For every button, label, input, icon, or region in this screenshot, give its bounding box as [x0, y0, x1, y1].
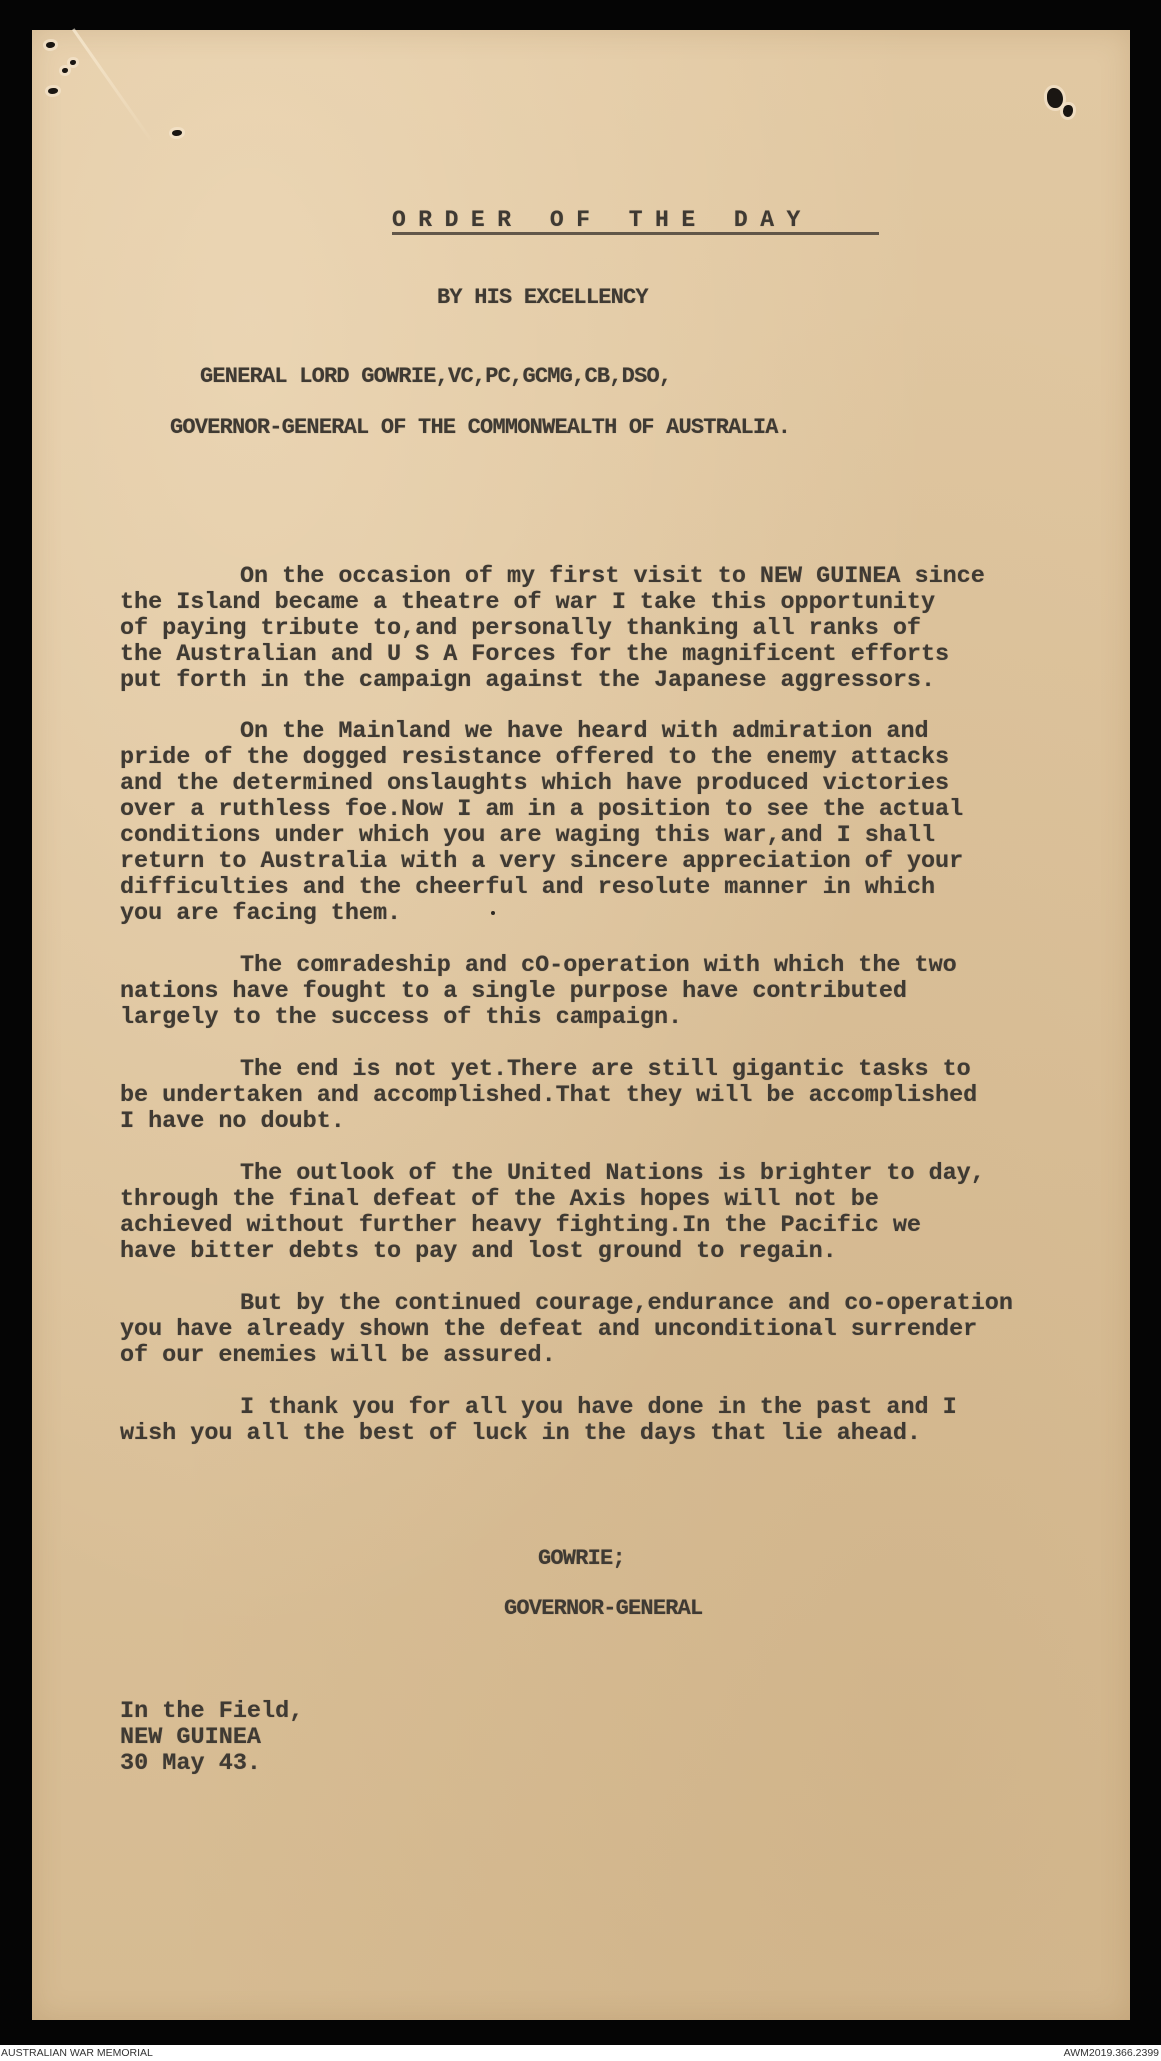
- paragraph-line: the Island became a theatre of war I tak…: [120, 590, 1100, 616]
- paragraph-line: of our enemies will be assured.: [120, 1343, 1100, 1369]
- paragraph-line: I have no doubt.: [120, 1109, 1100, 1135]
- paragraph-3: The comradeship and cO-operation with wh…: [120, 953, 1100, 1031]
- paragraph-line: of paying tribute to,and personally than…: [120, 616, 1100, 642]
- paragraph-line: conditions under which you are waging th…: [120, 823, 1100, 849]
- paragraph-line: return to Australia with a very sincere …: [120, 849, 1100, 875]
- place-date-block: In the Field, NEW GUINEA 30 May 43.: [120, 1699, 303, 1777]
- paragraph-line: over a ruthless foe.Now I am in a positi…: [120, 797, 1100, 823]
- paper-damage-hole: [172, 130, 182, 136]
- paragraph-5: The outlook of the United Nations is bri…: [120, 1161, 1100, 1265]
- paragraph-line: On the occasion of my first visit to NEW…: [120, 564, 1100, 590]
- paper-damage-hole: [1063, 105, 1073, 117]
- ink-dot: [491, 911, 495, 915]
- paragraph-line: put forth in the campaign against the Ja…: [120, 668, 1100, 694]
- paragraph-line: you are facing them.: [120, 901, 1100, 927]
- document-subtitle: BY HIS EXCELLENCY: [437, 285, 648, 311]
- author-line: GENERAL LORD GOWRIE,VC,PC,GCMG,CB,DSO,: [200, 364, 671, 390]
- place-line: In the Field,: [120, 1699, 303, 1725]
- paragraph-line: have bitter debts to pay and lost ground…: [120, 1239, 1100, 1265]
- paragraph-1: On the occasion of my first visit to NEW…: [120, 564, 1100, 694]
- paragraph-line: and the determined onslaughts which have…: [120, 771, 1100, 797]
- paragraph-line: be undertaken and accomplished.That they…: [120, 1083, 1100, 1109]
- paragraph-7: I thank you for all you have done in the…: [120, 1395, 1100, 1447]
- date-line: 30 May 43.: [120, 1751, 303, 1777]
- paragraph-line: the Australian and U S A Forces for the …: [120, 642, 1100, 668]
- accession-number: AWM2019.366.2399: [1064, 2047, 1159, 2059]
- paper-crease: [72, 28, 155, 144]
- caption-bar: AUSTRALIAN WAR MEMORIAL AWM2019.366.2399: [0, 2045, 1161, 2061]
- signature-name: GOWRIE;: [538, 1546, 625, 1572]
- paragraph-line: you have already shown the defeat and un…: [120, 1317, 1100, 1343]
- paragraph-line: On the Mainland we have heard with admir…: [120, 719, 1100, 745]
- paragraph-2: On the Mainland we have heard with admir…: [120, 719, 1100, 927]
- paragraph-6: But by the continued courage,endurance a…: [120, 1291, 1100, 1369]
- office-line: GOVERNOR-GENERAL OF THE COMMONWEALTH OF …: [170, 415, 790, 441]
- paragraph-line: But by the continued courage,endurance a…: [120, 1291, 1100, 1317]
- paper-damage-hole: [70, 60, 76, 65]
- paper-damage-hole: [46, 42, 55, 48]
- paragraph-line: nations have fought to a single purpose …: [120, 979, 1100, 1005]
- location-line: NEW GUINEA: [120, 1725, 303, 1751]
- paragraph-line: The comradeship and cO-operation with wh…: [120, 953, 1100, 979]
- document-title: ORDER OF THE DAY: [392, 207, 813, 233]
- paragraph-line: wish you all the best of luck in the day…: [120, 1421, 1100, 1447]
- paper-damage-hole: [1047, 88, 1063, 108]
- institution-caption: AUSTRALIAN WAR MEMORIAL: [1, 2047, 153, 2059]
- paragraph-line: difficulties and the cheerful and resolu…: [120, 875, 1100, 901]
- paper-damage-hole: [48, 88, 58, 94]
- paragraph-line: pride of the dogged resistance offered t…: [120, 745, 1100, 771]
- paragraph-line: I thank you for all you have done in the…: [120, 1395, 1100, 1421]
- paragraph-4: The end is not yet.There are still gigan…: [120, 1057, 1100, 1135]
- paper-damage-hole: [62, 68, 68, 73]
- paragraph-line: achieved without further heavy fighting.…: [120, 1213, 1100, 1239]
- paragraph-line: largely to the success of this campaign.: [120, 1005, 1100, 1031]
- signature-title: GOVERNOR-GENERAL: [504, 1596, 702, 1622]
- title-underline: [392, 232, 879, 235]
- paragraph-line: through the final defeat of the Axis hop…: [120, 1187, 1100, 1213]
- paragraph-line: The outlook of the United Nations is bri…: [120, 1161, 1100, 1187]
- paragraph-line: The end is not yet.There are still gigan…: [120, 1057, 1100, 1083]
